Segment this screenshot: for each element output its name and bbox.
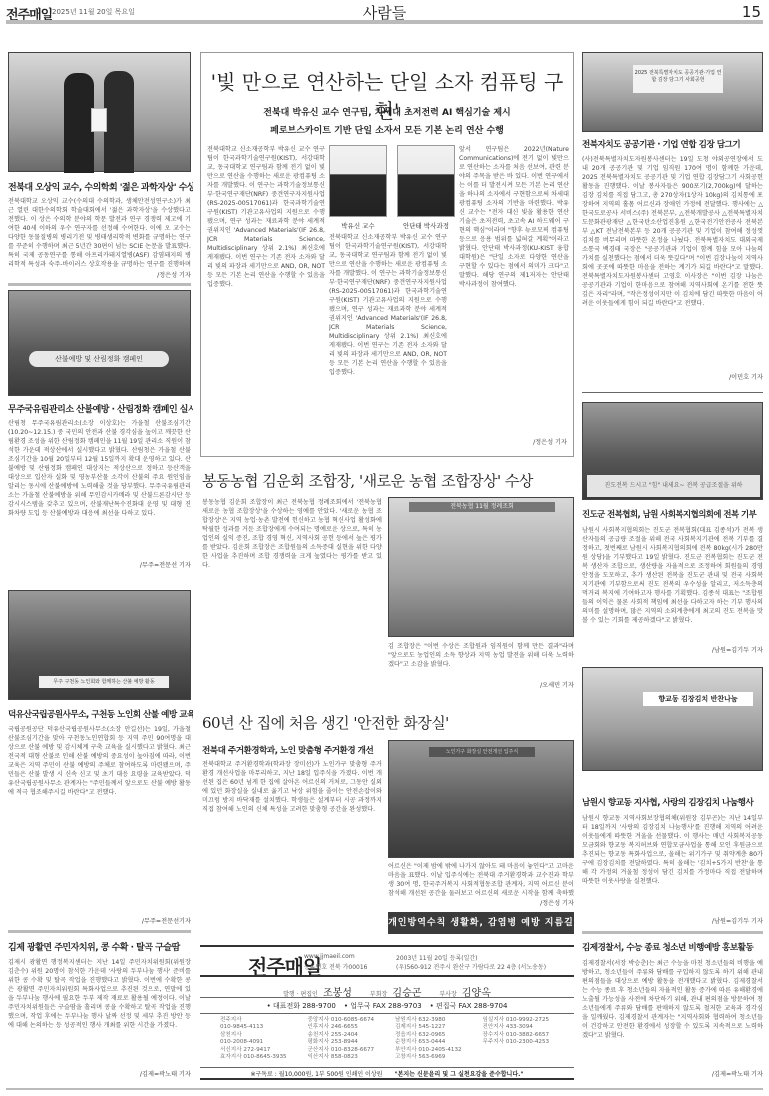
address: (우)560-912 전주시 완산구 가람다로 22 4층 (서노송동) — [396, 962, 546, 971]
byline: /무주=전문선 기자 — [8, 560, 191, 569]
main-body-mid: 전북대학교 신소재공학부 박유신 교수 연구팀이 한국과학기술연구원(KIST)… — [329, 233, 447, 433]
headline-toilet: 60년 산 집에 처음 생긴 '안전한 화장실' — [202, 712, 574, 733]
portrait-ahn — [397, 145, 455, 217]
divider — [8, 930, 191, 933]
byline: /정은성 기자 — [8, 270, 191, 279]
article-body-right-3: 남원시 향교동 지역사회보장협의체(위원장 김부곤)는 지난 14일부터 18일… — [582, 814, 763, 914]
founded-date: 2003년 11월 20일 등록(일간) — [396, 953, 478, 962]
byline: /오세민 기자 — [388, 680, 574, 689]
divider — [8, 283, 191, 286]
masthead-footer: ※구독료 : 월10,000원, 1부 500원 인쇄인 이상원 "본지는 신문… — [200, 1069, 574, 1078]
branch-col: 남원지사 632-3980 김제지사 545-1227 정읍지사 632-096… — [395, 1017, 477, 1061]
branch-item: 무주지사 010-2300-4253 — [483, 1039, 565, 1046]
divider — [200, 997, 574, 998]
article-body-toilet: 전북대학교 주거환경학과(학과장 장미선)가 노인가구 맞춤형 주거환경 개선사… — [202, 760, 382, 938]
branch-item: 010-2008-4091 — [220, 1039, 302, 1046]
branch-item: 익산지사 858-0823 — [308, 1054, 390, 1061]
ethics-statement: "본지는 신문윤리 및 그 실천요강을 준수합니다." — [394, 1069, 523, 1078]
masthead: 전주매일 www.jjmaeil.com 등록번호 전북 가00016 2003… — [200, 945, 574, 1080]
registration-number: 등록번호 전북 가00016 — [304, 962, 367, 971]
article-body-toilet-cont: 어르신은 "이제 밤에 밖에 나가지 않아도 돼 마음이 놓인다"고 고마운 마… — [388, 862, 574, 898]
headline-left-4: 김제 광활면 주민자치위, 콩 수확 · 탈곡 구슬땀 — [8, 940, 193, 953]
branch-col: 전주지사 010-9845-4113 삼천지사 010-2008-4091 서신… — [220, 1017, 302, 1061]
headline-right-4: 김제경찰서, 수능 종료 청소년 비행예방 홍보활동 — [582, 941, 767, 953]
person-silhouette — [104, 71, 134, 173]
footer-rule — [6, 1088, 763, 1090]
website-link[interactable]: www.jjmaeil.com — [304, 953, 355, 960]
sharing-banner: 향교동 김장김치 반찬나눔 — [643, 692, 753, 706]
divider — [200, 1078, 574, 1080]
meeting-banner: 전북농협 11월 정례조회 — [409, 502, 555, 512]
phone-editorial-fax: • 편집국 FAX 288-9704 — [430, 1001, 508, 1011]
branch-item: 군산지사 010-8328-6677 — [308, 1047, 390, 1054]
article-body-bongdong-cont: 김 조합장은 "이번 수상은 조합원과 임직원이 함께 만든 결과"라며 "앞으… — [388, 642, 574, 678]
main-subhead-1: 전북대 박유신 교수 연구팀, 차세대 초저전력 AI 핵심기술 제시 — [201, 105, 573, 118]
headline-bongdong: 봉동농협 김운회 조합장, '새로운 농협 조합장상' 수상 — [202, 470, 574, 491]
header-rule — [6, 20, 763, 24]
main-article-box: '빛 만으로 연산하는 단일 소자 컴퓨팅 구현' 전북대 박유신 교수 연구팀… — [200, 52, 574, 457]
branch-item: 고창지사 563-6969 — [395, 1054, 477, 1061]
ceremony-banner: 노인가구 화장실 안전개선 입주식 — [429, 747, 535, 757]
article-body-bongdong: 봉동농협 김운회 조합장이 최근 전북농협 정례조회에서 '전북농협 새로운 농… — [202, 498, 382, 668]
photo-nonghyup-meeting: 전북농협 11월 정례조회 — [388, 497, 574, 637]
campaign-banner: 산불예방 및 산림정화 캠페인 — [29, 351, 169, 367]
byline: /남원=김기두 기자 — [582, 645, 763, 654]
branch-col: 임실지사 010-9992-2725 진안지사 433-3094 장수지사 01… — [483, 1017, 565, 1061]
photo-housing-ceremony: 노인가구 화장실 안전개선 입주식 — [388, 740, 574, 858]
education-banner: 무주 구천동 노인회와 함께하는 산불 예방 활동 — [39, 676, 169, 688]
photo-abalone-donation: 진도전복 드시고 "힘" 내세요~ 전복 공급조절을 위하 — [582, 402, 763, 500]
branch-item: 010-9845-4113 — [220, 1024, 302, 1031]
divider — [200, 945, 574, 947]
subscription-info: ※구독료 : 월10,000원, 1부 500원 인쇄인 이상원 — [250, 1069, 382, 1078]
article-body-left-3: 국립공원공단 덕유산국립공원사무소(소장 안길선)는 19일, 가을철 산불조심… — [8, 725, 191, 893]
branch-item: 전주지사 — [220, 1017, 302, 1024]
person-silhouette — [64, 73, 94, 173]
byline: /무주=전문선기자 — [8, 916, 191, 925]
photo-kimchi-event: 2025 전북특별자치도 공공기관·기업 연합 김장 담그기 사회공헌 — [582, 52, 763, 132]
photo-forest-campaign: 산불예방 및 산림정화 캠페인 — [8, 290, 191, 396]
branch-item: 순창지사 653-0444 — [395, 1039, 477, 1046]
headline-right-2: 진도군 전복협회, 남원 사회복지협의회에 전복 기부 — [582, 508, 767, 520]
phone-row: • 대표전화 288-9700 • 업무국 FAX 288-9703 • 편집국… — [200, 1001, 574, 1011]
page-number: 15 — [742, 3, 761, 21]
article-body-left-2: 산림청 무주국유림관리소(소장 이상호)는 가을철 산불조심기간(10.20~1… — [8, 419, 191, 559]
headline-left-2: 무주국유림관리소 산불예방 · 산림정화 캠페인 실시 — [8, 402, 193, 415]
campaign-banner: 개인방역수칙 생활화, 감염병 예방 지름길 — [388, 912, 574, 934]
divider — [200, 1013, 574, 1014]
byline: /정은성 기자 — [388, 898, 574, 907]
divider — [582, 931, 763, 934]
subhead-toilet: 전북대 주거환경학과, 노인 맞춤형 주거환경 개선 — [202, 744, 382, 756]
byline: /김제=곽노태 기자 — [8, 1069, 191, 1078]
branch-contacts: 전주지사 010-9845-4113 삼천지사 010-2008-4091 서신… — [220, 1017, 564, 1061]
phone-main: • 대표전화 288-9700 — [267, 1001, 336, 1011]
certificate — [91, 108, 107, 132]
main-body-left: 전북대학교 신소재공학부 박유신 교수 연구팀이 한국과학기술연구원(KIST)… — [207, 145, 325, 435]
article-body-right-2: 남원시 사회복지협의회는 진도군 전복협회(대표 김종석)가 전복 생산자들의 … — [582, 526, 763, 642]
main-subhead-2: 페로브스카이트 기반 단일 소자서 모든 기본 논리 연산 수행 — [201, 123, 573, 136]
branch-item: 효자지사 010-8645-3935 — [220, 1054, 302, 1061]
portrait-caption: 박유신 교수 — [329, 221, 387, 230]
divider — [200, 975, 574, 977]
photo-award-ceremony — [8, 52, 191, 172]
donation-banner: 진도전복 드시고 "힘" 내세요~ 전복 공급조절을 위하 — [587, 475, 760, 497]
branch-item: 인후지사 246-6655 — [308, 1024, 390, 1031]
divider — [582, 392, 763, 393]
branch-item: 진안지사 433-3094 — [483, 1024, 565, 1031]
byline: /이민호 기자 — [582, 372, 763, 381]
photo-kimchi-sharing: 향교동 김장김치 반찬나눔 — [582, 667, 763, 771]
article-body-right-4: 김제경찰서(서장 박승춘)는 최근 수능을 마친 청소년들의 비행을 예방하고,… — [582, 959, 763, 1069]
headline-left-3: 덕유산국립공원사무소, 구천동 노인회 산불 예방 교육 — [8, 708, 193, 720]
article-body-left-4: 김제시 광활면 행정복지센터는 지난 14일 주민자치위원회(위원장 김춘수) … — [8, 958, 191, 1068]
branch-item: 서신지사 272-9417 — [220, 1047, 302, 1054]
portrait-park — [329, 145, 387, 217]
headline-right-3: 남원시 향교동 지사협, 사랑의 김장김치 나눔행사 — [582, 796, 767, 808]
byline: /남원=김기두 기자 — [582, 916, 763, 925]
headline-left-1: 전북대 오상익 교수, 수의학회 '젊은 과학자상' 수상 — [8, 180, 193, 193]
photo-elderly-education: 무주 구천동 노인회와 함께하는 산불 예방 활동 — [8, 590, 191, 700]
branch-item: 삼천지사 — [220, 1032, 302, 1039]
article-body-left-1: 전북대학교 오상익 교수(수의대 수의학과, 생체안전성연구소)가 최근 열린 … — [8, 197, 191, 269]
byline: /정은성 기자 — [533, 437, 567, 446]
divider — [200, 1067, 574, 1068]
article-body-right-1: (사)전북특별자치도자원봉사센터는 19일 도청 야외공연장에서 도내 20개 … — [582, 155, 763, 371]
headline-right-1: 전북자치도 공공기관 · 기업 연합 김장 담그기 — [582, 138, 767, 150]
branch-col: 중앙지사 010-6085-6674 인후지사 246-6655 송천지사 25… — [308, 1017, 390, 1061]
byline: /김제=곽노태 기자 — [582, 1069, 763, 1078]
portrait-caption: 안단태 박사과정 — [397, 221, 455, 230]
branch-item: 김제지사 545-1227 — [395, 1024, 477, 1031]
phone-business-fax: • 업무국 FAX 288-9703 — [344, 1001, 422, 1011]
event-banner: 2025 전북특별자치도 공공기관·기업 연합 김장 담그기 사회공헌 — [633, 65, 723, 93]
branch-item: 평화지사 253-8944 — [308, 1039, 390, 1046]
branch-item: 부안지사 010-2405-4132 — [395, 1047, 477, 1054]
main-body-right: 앞서 연구팀은 2022년(Nature Communications)에 전기… — [459, 145, 569, 435]
